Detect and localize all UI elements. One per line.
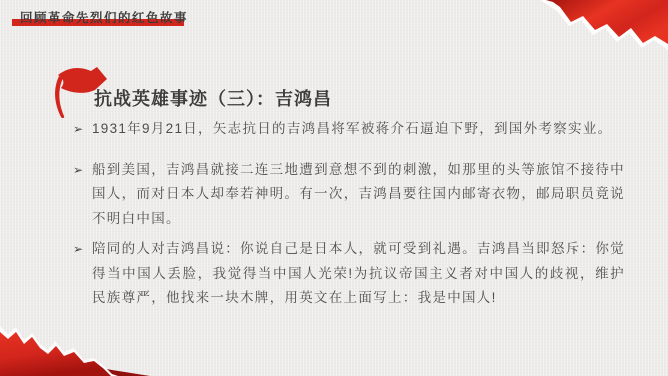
slide-canvas: 回顾革命先烈们的红色故事 抗战英雄事迹（三）：吉鸿昌 ➢ 1931年9月21日，…: [0, 0, 668, 376]
bullet-text: 陪同的人对吉鸿昌说：你说自己是日本人，就可受到礼遇。吉鸿昌当即怒斥：你觉得当中国…: [92, 241, 625, 305]
torn-paper-top-right-icon: [528, 0, 668, 52]
arrow-right-bullet-icon: ➢: [73, 158, 83, 183]
bullet-item: ➢ 陪同的人对吉鸿昌说：你说自己是日本人，就可受到礼遇。吉鸿昌当即怒斥：你觉得当…: [62, 237, 625, 311]
bullet-text: 船到美国，吉鸿昌就接二连三地遭到意想不到的刺激，如那里的头等旅馆不接待中国人，而…: [92, 162, 625, 226]
header: 回顾革命先烈们的红色故事: [0, 0, 260, 34]
bullet-item: ➢ 1931年9月21日，矢志抗日的吉鸿昌将军被蒋介石逼迫下野，到国外考察实业。: [62, 117, 625, 142]
arrow-right-bullet-icon: ➢: [73, 237, 83, 262]
header-label: 回顾革命先烈们的红色故事: [20, 8, 188, 26]
torn-paper-bottom-left-icon: [0, 312, 160, 376]
page-title: 抗战英雄事迹（三）：吉鸿昌: [94, 85, 332, 111]
bullet-list: ➢ 1931年9月21日，矢志抗日的吉鸿昌将军被蒋介石逼迫下野，到国外考察实业。…: [62, 117, 625, 311]
bullet-text: 1931年9月21日，矢志抗日的吉鸿昌将军被蒋介石逼迫下野，到国外考察实业。: [92, 121, 612, 136]
arrow-right-bullet-icon: ➢: [73, 117, 83, 142]
bullet-item: ➢ 船到美国，吉鸿昌就接二连三地遭到意想不到的刺激，如那里的头等旅馆不接待中国人…: [62, 158, 625, 232]
